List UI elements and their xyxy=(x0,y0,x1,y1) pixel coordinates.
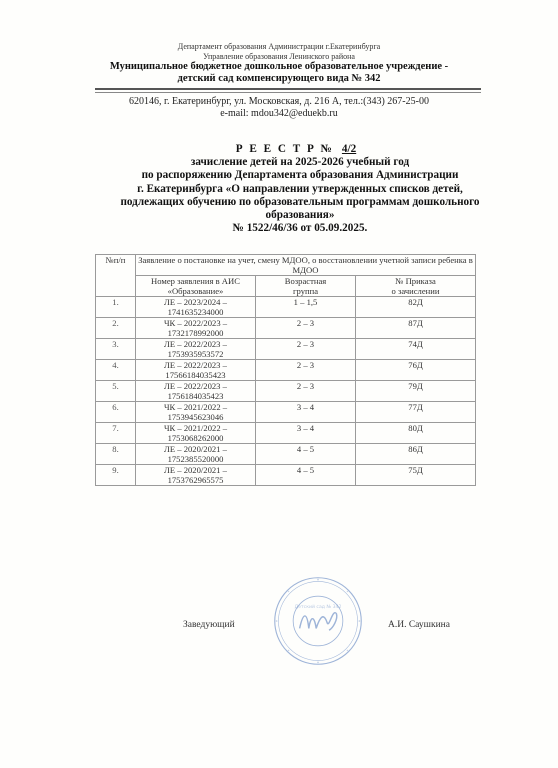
table-row: 5.ЛЕ – 2022/2023 –17561840354232 – 379Д xyxy=(96,381,476,402)
title-line2: по распоряжению Департамента образования… xyxy=(90,169,510,182)
age-group-cell: 2 – 3 xyxy=(256,381,356,402)
age-group-cell: 1 – 1,5 xyxy=(256,297,356,318)
email-line: e-mail: mdou342@eduekb.ru xyxy=(0,108,558,120)
table-row: 4.ЛЕ – 2022/2023 –175661840354232 – 376Д xyxy=(96,360,476,381)
address-line: 620146, г. Екатеринбург, ул. Московская,… xyxy=(0,96,558,108)
row-number-cell: 6. xyxy=(96,402,136,423)
row-number-cell: 4. xyxy=(96,360,136,381)
institution-name-line1: Муниципальное бюджетное дошкольное образ… xyxy=(0,61,558,73)
official-stamp-icon: Детский сад № 342 xyxy=(272,575,364,667)
application-number-cell: ЧК – 2021/2022 –1753945623046 xyxy=(136,402,256,423)
age-group-cell: 3 – 4 xyxy=(256,402,356,423)
enrollment-order-cell: 74Д xyxy=(356,339,476,360)
application-number-cell: ЛЕ – 2022/2023 –1753935953572 xyxy=(136,339,256,360)
enrollment-order-cell: 79Д xyxy=(356,381,476,402)
row-number-cell: 2. xyxy=(96,318,136,339)
signatory-name: А.И. Саушкина xyxy=(388,620,450,630)
table-header-row-1: №п/п Заявление о постановке на учет, сме… xyxy=(96,255,476,276)
application-number-cell: ЛЕ – 2020/2021 –1752385520000 xyxy=(136,444,256,465)
age-group-cell: 2 – 3 xyxy=(256,339,356,360)
table-row: 6.ЧК – 2021/2022 –17539456230463 – 477Д xyxy=(96,402,476,423)
register-label: Р Е Е С Т Р № xyxy=(236,143,334,155)
svg-text:Детский сад № 342: Детский сад № 342 xyxy=(295,603,342,610)
row-number-cell: 1. xyxy=(96,297,136,318)
enrollment-order-cell: 76Д xyxy=(356,360,476,381)
title-line3: г. Екатеринбурга «О направлении утвержде… xyxy=(90,183,510,196)
table-row: 9.ЛЕ – 2020/2021 –17537629655754 – 575Д xyxy=(96,465,476,486)
enrollment-order-cell: 80Д xyxy=(356,423,476,444)
age-group-cell: 4 – 5 xyxy=(256,444,356,465)
table-row: 7.ЧК – 2021/2022 –17530682620003 – 480Д xyxy=(96,423,476,444)
age-group-cell: 2 – 3 xyxy=(256,360,356,381)
age-group-cell: 3 – 4 xyxy=(256,423,356,444)
department-line: Департамент образования Администрации г.… xyxy=(0,42,558,51)
table-header-row-2: Номер заявления в АИС «Образование» Возр… xyxy=(96,276,476,297)
col-age-group-header: Возрастная группа xyxy=(256,276,356,297)
institution-name-line2: детский сад компенсирующего вида № 342 xyxy=(0,73,558,85)
table-row: 8.ЛЕ – 2020/2021 –17523855200004 – 586Д xyxy=(96,444,476,465)
register-number: 4/2 xyxy=(334,143,364,155)
row-number-cell: 9. xyxy=(96,465,136,486)
application-number-cell: ЛЕ – 2023/2024 –1741635234000 xyxy=(136,297,256,318)
enrollment-order-cell: 82Д xyxy=(356,297,476,318)
row-number-cell: 5. xyxy=(96,381,136,402)
row-number-cell: 3. xyxy=(96,339,136,360)
title-line4: подлежащих обучению по образовательным п… xyxy=(90,196,510,209)
header-divider-thin xyxy=(95,92,481,93)
enrollment-order-cell: 86Д xyxy=(356,444,476,465)
enrollment-order-cell: 77Д xyxy=(356,402,476,423)
table-row: 3.ЛЕ – 2022/2023 –17539359535722 – 374Д xyxy=(96,339,476,360)
order-reference: № 1522/46/36 от 05.09.2025. xyxy=(90,222,510,235)
col-application-header: Номер заявления в АИС «Образование» xyxy=(136,276,256,297)
group-header: Заявление о постановке на учет, смену МД… xyxy=(136,255,476,276)
header-divider xyxy=(95,88,481,90)
enrollment-register-table: №п/п Заявление о постановке на учет, сме… xyxy=(95,254,476,486)
signatory-position: Заведующий xyxy=(183,620,235,630)
title-line5: образования» xyxy=(90,209,510,222)
title-line1: зачисление детей на 2025-2026 учебный го… xyxy=(90,156,510,169)
col-order-header: № Приказа о зачислении xyxy=(356,276,476,297)
age-group-cell: 2 – 3 xyxy=(256,318,356,339)
application-number-cell: ЧК – 2021/2022 –1753068262000 xyxy=(136,423,256,444)
document-title: Р Е Е С Т Р №4/2 зачисление детей на 202… xyxy=(90,143,510,235)
enrollment-order-cell: 87Д xyxy=(356,318,476,339)
application-number-cell: ЛЕ – 2022/2023 –17566184035423 xyxy=(136,360,256,381)
application-number-cell: ЧК – 2022/2023 –1732178992000 xyxy=(136,318,256,339)
age-group-cell: 4 – 5 xyxy=(256,465,356,486)
table-row: 1.ЛЕ – 2023/2024 –17416352340001 – 1,582… xyxy=(96,297,476,318)
application-number-cell: ЛЕ – 2022/2023 –1756184035423 xyxy=(136,381,256,402)
row-number-cell: 7. xyxy=(96,423,136,444)
col-number-header: №п/п xyxy=(96,255,136,297)
row-number-cell: 8. xyxy=(96,444,136,465)
enrollment-order-cell: 75Д xyxy=(356,465,476,486)
document-page: Департамент образования Администрации г.… xyxy=(0,0,558,768)
table-row: 2.ЧК – 2022/2023 –17321789920002 – 387Д xyxy=(96,318,476,339)
district-office-line: Управление образования Ленинского района xyxy=(0,52,558,61)
application-number-cell: ЛЕ – 2020/2021 –1753762965575 xyxy=(136,465,256,486)
